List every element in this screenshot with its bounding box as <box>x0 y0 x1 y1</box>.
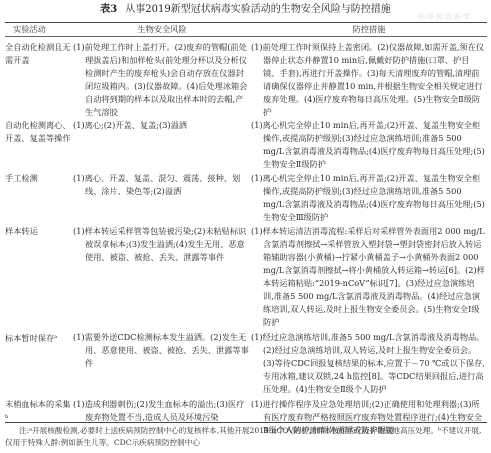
bottom-rule <box>5 422 487 423</box>
cell-measures: (1)离心机完全停止10 min后,再开盖;(2)开盖、复盖生物安全柜操作,或提… <box>251 119 487 172</box>
cell-activity: 样本转运 <box>5 225 73 331</box>
cell-measures: (1)经过应急演练培训,准备5 500 mg/L含氯消毒液及消毒物品。(2)经过… <box>251 331 487 398</box>
cell-risk: (1)样本转运采样管等包装被污染;(2)未粘贴标识被误拿标本;(3)发生溢洒;(… <box>73 225 251 331</box>
table-header-row: 实验活动 生物安全风险 防控措施 <box>5 23 487 36</box>
cell-risk: (1)前处理工作时上盖打开。(2)废弃的管帽(前处理拔盖后)和加样枪头(前处理分… <box>73 36 251 119</box>
table-row: 标本暂时保存a(1)需要外送CDC检测标本发生溢洒。(2)发生无用、恶意使用、被… <box>5 331 487 398</box>
table-number: 表3 <box>100 4 117 15</box>
table-row: 手工检测(1)离心、开盖、复盖、混匀、震荡、接种、划线、涂片、染色等;(2)溢洒… <box>5 172 487 225</box>
table-row: 全自动化检测且无需开盖(1)前处理工作时上盖打开。(2)废弃的管帽(前处理拔盖后… <box>5 36 487 119</box>
activity-text: 标本暂时保存 <box>5 333 54 343</box>
biosafety-risk-table: 实验活动 生物安全风险 防控措施 全自动化检测且无需开盖(1)前处理工作时上盖打… <box>5 23 487 438</box>
header-activity: 实验活动 <box>5 23 73 36</box>
table-footnote: 注:ᵃ开展核酸检测,必要时上送疾病预防控制中心的复核样本,其他开展2019-nC… <box>5 425 487 449</box>
cell-activity: 全自动化检测且无需开盖 <box>5 36 73 119</box>
activity-text: 自动化检测离心、开盖、复盖等操作 <box>5 120 71 143</box>
footnote-marker: b <box>5 414 8 420</box>
footnote-text: 注:ᵃ开展核酸检测,必要时上送疾病预防控制中心的复核样本,其他开展2019-nC… <box>5 425 487 449</box>
cell-risk: (1)需要外送CDC检测标本发生溢洒。(2)发生无用、恶意使用、被盗、被抢、丢失… <box>73 331 251 398</box>
cell-measures: (1)前处理工作时须保持上盖密闭。(2)仪器故障,如需开盖,须在仪器停止状态并静… <box>251 36 487 119</box>
activity-text: 全自动化检测且无需开盖 <box>5 42 71 65</box>
table-title: 从事2019新型冠状病毒实验活动的生物安全风险与防控措施 <box>125 4 390 15</box>
footnote-marker: a <box>54 334 57 340</box>
cell-risk: (1)离心、开盖、复盖、混匀、震荡、接种、划线、涂片、染色等;(2)溢洒 <box>73 172 251 225</box>
cell-activity: 自动化检测离心、开盖、复盖等操作 <box>5 119 73 172</box>
cell-measures: (1)离心机完全停止10 min后,再开盖;(2)开盖、复盖生物安全柜操作,或提… <box>251 172 487 225</box>
publisher-watermark: 中华预防医学 <box>418 12 472 22</box>
activity-text: 末梢血标本的采集 <box>5 399 71 409</box>
cell-risk: (1)离心;(2)开盖、复盖;(3)溢洒 <box>73 119 251 172</box>
cell-activity: 标本暂时保存a <box>5 331 73 398</box>
table-row: 样本转运(1)样本转运采样管等包装被污染;(2)未粘贴标识被误拿标本;(3)发生… <box>5 225 487 331</box>
cell-measures: (1)样本转运清洁消毒流程:采样后对采样管外表面用2 000 mg/L含氯消毒剂… <box>251 225 487 331</box>
table-row: 自动化检测离心、开盖、复盖等操作(1)离心;(2)开盖、复盖;(3)溢洒(1)离… <box>5 119 487 172</box>
activity-text: 样本转运 <box>5 226 38 236</box>
cell-activity: 手工检测 <box>5 172 73 225</box>
header-measures: 防控措施 <box>251 23 487 36</box>
activity-text: 手工检测 <box>5 173 38 183</box>
header-risk: 生物安全风险 <box>73 23 251 36</box>
